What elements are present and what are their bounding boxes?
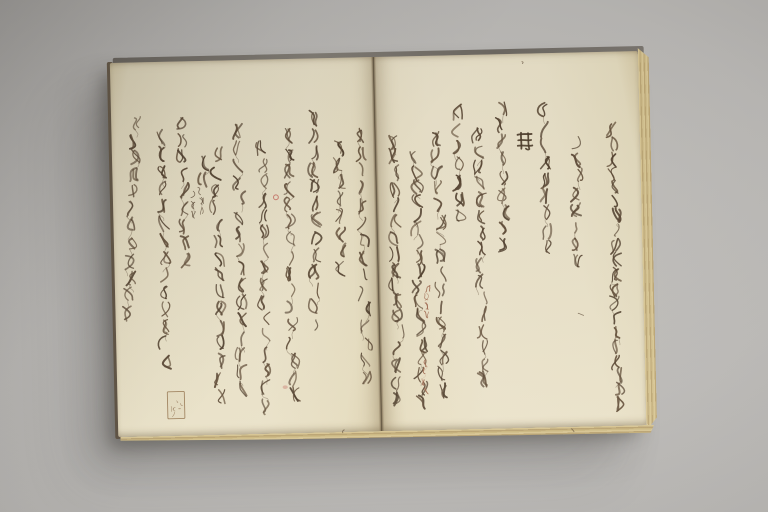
text-column — [430, 132, 450, 399]
photo-backdrop: 諌 — [0, 0, 768, 512]
left-page-columns — [119, 109, 374, 417]
annotation-column — [191, 191, 196, 218]
annotation-column — [198, 187, 204, 214]
text-column — [472, 128, 491, 387]
text-column — [208, 147, 227, 404]
text-column — [495, 102, 510, 252]
text-column — [254, 140, 273, 414]
calligraphy-svg — [110, 51, 658, 447]
collection-stamp — [167, 391, 185, 418]
text-column — [304, 110, 324, 330]
text-column — [119, 117, 145, 321]
text-column — [230, 124, 250, 397]
text-column — [451, 104, 466, 221]
gloss-column — [421, 360, 428, 394]
right-page-columns — [385, 100, 626, 417]
text-column — [333, 141, 347, 276]
manuscript-book — [110, 51, 646, 437]
text-column — [355, 128, 374, 384]
vermilion-marks — [273, 195, 287, 389]
text-column — [569, 136, 585, 267]
text-column — [518, 132, 533, 149]
text-column — [606, 122, 625, 411]
text-column — [176, 118, 191, 268]
text-column — [385, 136, 405, 406]
left-page-annotations — [191, 187, 205, 218]
text-column — [281, 128, 300, 401]
text-column — [154, 130, 173, 369]
text-column — [409, 151, 429, 408]
gloss-column — [424, 286, 431, 318]
text-column — [538, 103, 553, 254]
text-column — [198, 156, 209, 187]
